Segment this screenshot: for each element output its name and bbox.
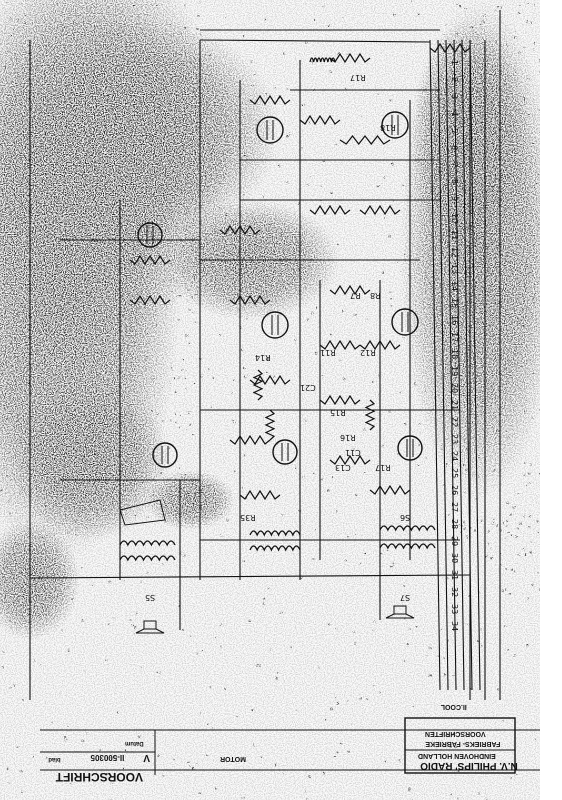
svg-text:22: 22 — [450, 417, 459, 427]
svg-text:11: 11 — [450, 230, 459, 240]
svg-text:33: 33 — [450, 604, 459, 614]
svg-text:19: 19 — [450, 366, 459, 376]
component-label: R17 — [350, 73, 366, 82]
component-label: S7 — [400, 593, 410, 602]
svg-text:18: 18 — [450, 349, 459, 359]
svg-text:34: 34 — [450, 621, 459, 631]
company-location: EINDHOVEN HOLLAND — [418, 752, 496, 759]
svg-text:21: 21 — [450, 400, 459, 410]
drawing-name: MOTOR — [220, 755, 246, 762]
component-label: S5 — [145, 593, 155, 602]
component-label: C21 — [300, 383, 316, 392]
svg-text:32: 32 — [450, 587, 459, 597]
component-label: R7 — [350, 291, 361, 300]
svg-text:29: 29 — [450, 536, 459, 546]
svg-text:24: 24 — [450, 451, 459, 461]
component-label: R14 — [255, 353, 271, 362]
scan-noise — [0, 0, 562, 800]
svg-text:5: 5 — [450, 128, 459, 133]
svg-text:14: 14 — [450, 281, 459, 291]
code-ref: II.COOL — [440, 703, 467, 710]
svg-text:28: 28 — [450, 519, 459, 529]
date-label: Datum — [125, 740, 144, 746]
component-label: R11 — [320, 348, 336, 357]
component-label: R18 — [380, 123, 396, 132]
svg-text:4: 4 — [450, 111, 459, 116]
svg-text:12: 12 — [450, 247, 459, 257]
svg-text:10: 10 — [450, 213, 459, 223]
svg-text:17: 17 — [450, 332, 459, 342]
svg-text:16: 16 — [450, 315, 459, 325]
svg-text:8: 8 — [450, 179, 459, 184]
sheet-label: blad — [48, 756, 61, 762]
svg-text:26: 26 — [450, 485, 459, 495]
component-label: C13 — [335, 463, 351, 472]
schematic-page: R17R18R7R8R11R12R15R16R17S6S7S5C11C13R14… — [0, 0, 562, 800]
svg-text:3: 3 — [450, 94, 459, 99]
svg-text:15: 15 — [450, 298, 459, 308]
svg-text:30: 30 — [450, 553, 459, 563]
svg-text:25: 25 — [450, 468, 459, 478]
svg-text:23: 23 — [450, 434, 459, 444]
component-label: R12 — [360, 348, 376, 357]
drawing-number: II-500305 — [90, 753, 124, 762]
svg-text:13: 13 — [450, 264, 459, 274]
company-name: N.V. PHILIPS' RADIO — [420, 760, 518, 771]
doc-code: VOORSCHRIFT — [55, 770, 143, 784]
component-label: R8 — [370, 291, 381, 300]
revision: V — [143, 752, 150, 763]
svg-text:1: 1 — [450, 60, 459, 65]
section: VOORSCHRIFTEN — [425, 730, 486, 737]
svg-text:6: 6 — [450, 145, 459, 150]
component-label: R17 — [375, 463, 391, 472]
schematic-drawing: R17R18R7R8R11R12R15R16R17S6S7S5C11C13R14… — [0, 0, 562, 800]
svg-text:7: 7 — [450, 162, 459, 167]
svg-text:20: 20 — [450, 383, 459, 393]
component-label: R15 — [330, 408, 346, 417]
department: FABRIEKS- FABRIEKE — [425, 740, 500, 747]
component-label: C11 — [345, 448, 361, 457]
svg-text:9: 9 — [450, 196, 459, 201]
svg-text:27: 27 — [450, 502, 459, 512]
svg-text:2: 2 — [450, 77, 459, 82]
component-label: S6 — [400, 513, 410, 522]
svg-text:31: 31 — [450, 570, 459, 580]
component-label: R35 — [240, 513, 256, 522]
component-label: R16 — [340, 433, 356, 442]
